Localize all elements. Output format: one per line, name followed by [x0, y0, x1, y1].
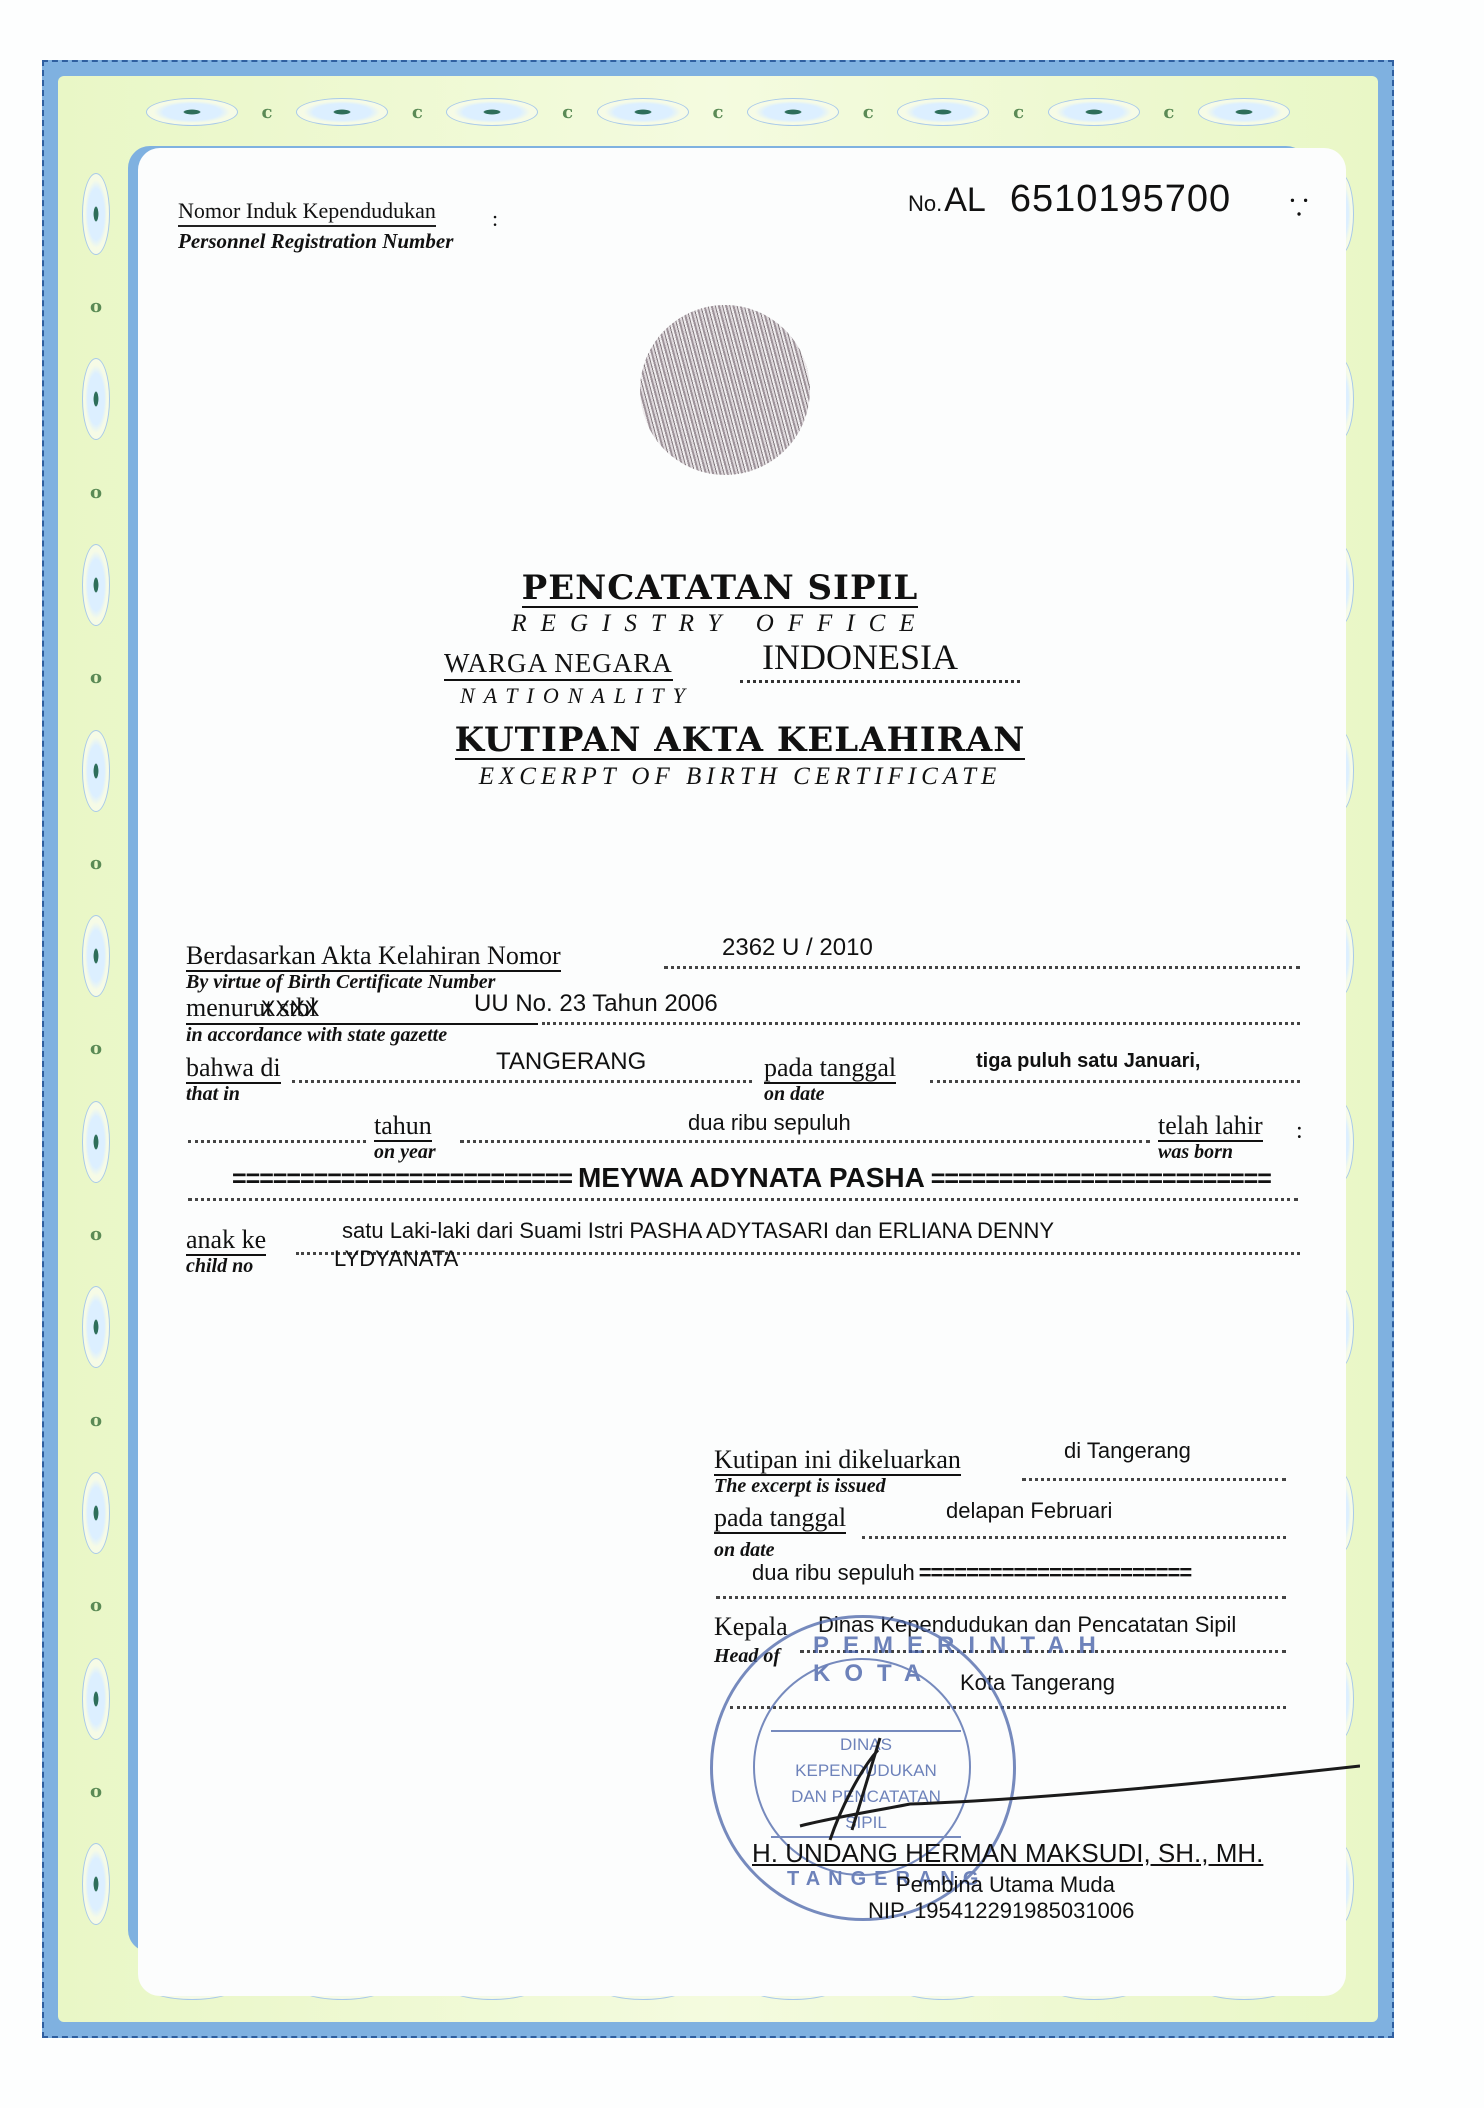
- nationality-label: WARGA NEGARA NATIONALITY: [444, 648, 694, 709]
- child-order-line1: satu Laki-laki dari Suami Istri PASHA AD…: [342, 1218, 1054, 1244]
- born-colon: :: [1296, 1118, 1303, 1145]
- cert-number-value: 2362 U / 2010: [722, 934, 873, 962]
- nik-label: Nomor Induk Kependudukan Personnel Regis…: [178, 198, 453, 254]
- dotted-line: [862, 1536, 1286, 1539]
- cert-number-label: Berdasarkan Akta Kelahiran Nomor By virt…: [186, 942, 561, 992]
- dotted-line: [1022, 1478, 1286, 1481]
- signature: [760, 1730, 1360, 1850]
- dotted-line: [542, 1022, 1300, 1025]
- dotted-line: [188, 1198, 1298, 1201]
- dotted-line: [460, 1140, 1150, 1143]
- child-name: MEYWA ADYNATA PASHA: [578, 1162, 925, 1193]
- birth-date-label-id: pada tanggal: [764, 1054, 896, 1084]
- nik-label-id: Nomor Induk Kependudukan: [178, 198, 436, 227]
- signer-rank: Pembina Utama Muda: [896, 1872, 1115, 1898]
- border-ornaments-top: ccccccc: [134, 90, 1302, 134]
- child-order-label-en: child no: [186, 1256, 266, 1276]
- issued-place: di Tangerang: [1064, 1438, 1191, 1464]
- birth-year-label-id: tahun: [374, 1112, 432, 1142]
- issued-label-en: The excerpt is issued: [714, 1476, 961, 1496]
- name-filler-left: =========================: [232, 1165, 572, 1193]
- document-title: KUTIPAN AKTA KELAHIRAN EXCERPT OF BIRTH …: [440, 722, 1040, 791]
- birth-year-label-en: on year: [374, 1142, 436, 1162]
- birth-date-label: pada tanggal on date: [764, 1054, 896, 1104]
- dotted-line: [930, 1080, 1300, 1083]
- signer-nip: NIP. 195412291985031006: [868, 1898, 1134, 1924]
- nik-colon: :: [492, 206, 498, 232]
- head-label-id: Kepala: [714, 1612, 788, 1642]
- embossed-seal: [640, 305, 810, 475]
- birth-place-label-en: that in: [186, 1084, 281, 1104]
- birth-date-value: tiga puluh satu Januari,: [976, 1050, 1200, 1073]
- dotted-line: [188, 1140, 366, 1143]
- cert-number-label-en: By virtue of Birth Certificate Number: [186, 972, 561, 992]
- child-order-label-id: anak ke: [186, 1226, 266, 1256]
- serial-prefix: No.: [908, 191, 942, 216]
- registry-office-title-id: PENCATATAN SIPIL: [522, 570, 919, 608]
- dotted-line: [292, 1080, 752, 1083]
- gazette-value: UU No. 23 Tahun 2006: [474, 990, 718, 1018]
- stamp-arc-top: PEMERINTAH KOTA: [813, 1632, 1110, 1688]
- child-name-line: ========================= MEYWA ADYNATA …: [232, 1162, 1322, 1194]
- dotted-line: [664, 966, 1300, 969]
- born-label-en: was born: [1158, 1142, 1263, 1162]
- serial-mark: ⸪: [1290, 192, 1308, 222]
- nationality-dotted-line: [740, 680, 1020, 683]
- issued-label: Kutipan ini dikeluarkan The excerpt is i…: [714, 1446, 961, 1496]
- birth-place-label-id: bahwa di: [186, 1054, 281, 1084]
- gazette-overstrike: XXXX: [261, 996, 320, 1021]
- issued-date-value: delapan Februari: [946, 1498, 1112, 1524]
- registry-office-heading: PENCATATAN SIPIL REGISTRY OFFICE: [400, 570, 1040, 638]
- birth-place-label: bahwa di that in: [186, 1054, 281, 1104]
- issued-year-value: dua ribu sepuluh: [752, 1560, 915, 1585]
- child-order-line2: LYDYANATA: [334, 1246, 458, 1272]
- document-title-id: KUTIPAN AKTA KELAHIRAN: [455, 722, 1026, 760]
- nationality-label-en: NATIONALITY: [444, 683, 694, 709]
- border-ornaments-left: ooooooooo: [74, 152, 118, 1946]
- birth-place-value: TANGERANG: [496, 1048, 646, 1076]
- nationality-value: INDONESIA: [762, 636, 958, 678]
- nationality-label-id: WARGA NEGARA: [444, 648, 673, 681]
- issued-year-line: dua ribu sepuluh =======================: [752, 1560, 1191, 1586]
- serial-value: 6510195700: [1010, 178, 1231, 220]
- birth-year-value: dua ribu sepuluh: [688, 1110, 851, 1136]
- born-label-id: telah lahir: [1158, 1112, 1263, 1142]
- born-label: telah lahir was born: [1158, 1112, 1263, 1162]
- issued-date-label-en: on date: [714, 1540, 846, 1560]
- cert-number-label-id: Berdasarkan Akta Kelahiran Nomor: [186, 942, 561, 972]
- registry-office-title-en: REGISTRY OFFICE: [400, 610, 1040, 638]
- document-title-en: EXCERPT OF BIRTH CERTIFICATE: [440, 763, 1040, 791]
- gazette-label-en: in accordance with state gazette: [186, 1025, 538, 1045]
- name-filler-right: =========================: [931, 1165, 1271, 1193]
- signer-name: H. UNDANG HERMAN MAKSUDI, SH., MH.: [752, 1838, 1263, 1869]
- child-order-label: anak ke child no: [186, 1226, 266, 1276]
- birth-date-label-en: on date: [764, 1084, 896, 1104]
- dotted-line: [716, 1596, 1286, 1599]
- issued-label-id: Kutipan ini dikeluarkan: [714, 1446, 961, 1476]
- issued-year-filler: =======================: [919, 1560, 1192, 1585]
- serial-series: AL: [944, 181, 986, 219]
- birth-year-label: tahun on year: [374, 1112, 436, 1162]
- nik-label-en: Personnel Registration Number: [178, 229, 453, 254]
- issued-date-label-id: pada tanggal: [714, 1504, 846, 1534]
- issued-date-label: pada tanggal on date: [714, 1504, 846, 1560]
- serial-number: No.AL6510195700: [908, 178, 1231, 221]
